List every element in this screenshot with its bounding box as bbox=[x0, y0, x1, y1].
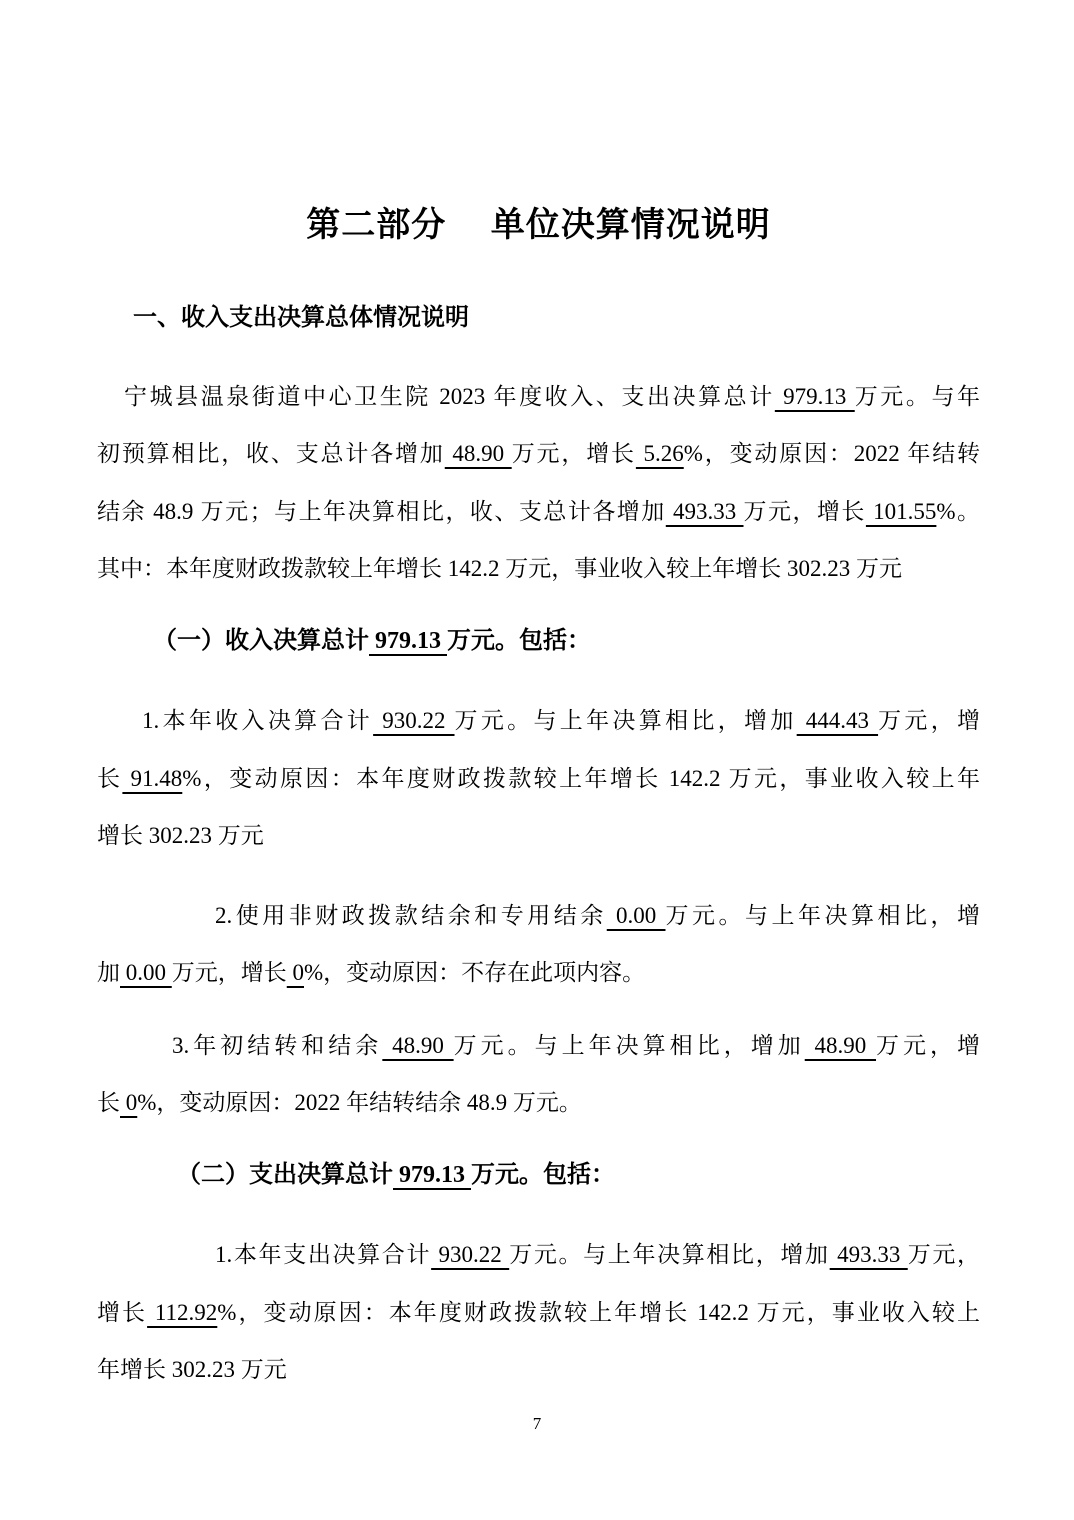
paragraph-line: 其中：本年度财政拨款较上年增长 142.2 万元，事业收入较上年增长 302.2… bbox=[97, 540, 980, 598]
text-run: %，变动原因：本年度财政拨款较上年增长 142.2 万元，事业收入较上 bbox=[217, 1300, 980, 1325]
text-run: 万元。与年 bbox=[855, 384, 980, 409]
text-run: 第二部分 单位决算情况说明 bbox=[306, 207, 771, 244]
text-run: 万元。与上年决算相比，增加 bbox=[454, 1033, 805, 1058]
paragraph-line: 年增长 302.23 万元 bbox=[97, 1341, 980, 1399]
text-run: 万元。包括： bbox=[471, 1162, 615, 1188]
text-run: 一、收入支出决算总体情况说明 bbox=[133, 305, 469, 331]
text-run: 万元。与上年决算相比，增加 bbox=[455, 708, 797, 733]
text-run: 万元。与上年决算相比，增加 bbox=[509, 1242, 829, 1267]
paragraph-line: 结余 48.9 万元；与上年决算相比，收、支总计各增加 493.33 万元，增长… bbox=[97, 483, 980, 541]
underlined-value: 48.90 bbox=[382, 1033, 453, 1058]
underlined-value: 493.33 bbox=[666, 499, 744, 524]
paragraph-line: 长 0%，变动原因：2022 年结转结余 48.9 万元。 bbox=[97, 1074, 980, 1132]
text-run: 宁城县温泉街道中心卫生院 2023 年度收入、支出决算总计 bbox=[124, 384, 775, 409]
text-run: 万元。包括： bbox=[447, 628, 591, 654]
page-number: 7 bbox=[0, 1412, 1074, 1436]
paragraph-line: 增长 302.23 万元 bbox=[97, 807, 980, 865]
paragraph-line: 1.本年收入决算合计 930.22 万元。与上年决算相比，增加 444.43 万… bbox=[97, 692, 980, 750]
text-run: %，变动原因：2022 年结转 bbox=[684, 441, 980, 466]
text-run: 结余 48.9 万元；与上年决算相比，收、支总计各增加 bbox=[97, 499, 666, 524]
text-run: （二）支出决算总计 bbox=[177, 1162, 393, 1188]
text-run: 万元，增长 bbox=[172, 960, 287, 985]
underlined-value: 930.22 bbox=[373, 708, 454, 733]
underlined-value: 48.90 bbox=[805, 1033, 876, 1058]
subsection-heading: （一）收入决算总计 979.13 万元。包括： bbox=[97, 613, 980, 671]
document-body: 第二部分 单位决算情况说明一、收入支出决算总体情况说明宁城县温泉街道中心卫生院 … bbox=[0, 196, 1074, 1399]
underlined-value: 0.00 bbox=[120, 960, 172, 985]
paragraph-line: 宁城县温泉街道中心卫生院 2023 年度收入、支出决算总计 979.13 万元。… bbox=[97, 368, 980, 426]
underlined-value: 48.90 bbox=[445, 441, 512, 466]
underlined-value: 979.13 bbox=[369, 628, 447, 654]
text-run: 万元。与上年决算相比，增 bbox=[666, 903, 981, 928]
text-run: 2.使用非财政拨款结余和专用结余 bbox=[215, 903, 607, 928]
underlined-value: 101.55 bbox=[866, 499, 936, 524]
underlined-value: 0.00 bbox=[607, 903, 666, 928]
underlined-value: 5.26 bbox=[636, 441, 684, 466]
paragraph-line: 加 0.00 万元，增长 0%，变动原因：不存在此项内容。 bbox=[97, 944, 980, 1002]
underlined-value: 0 bbox=[287, 960, 304, 985]
text-run: %。 bbox=[936, 499, 980, 524]
text-run: %，变动原因：2022 年结转结余 48.9 万元。 bbox=[137, 1090, 582, 1115]
text-run: 3.年初结转和结余 bbox=[172, 1033, 382, 1058]
text-run: 长 bbox=[97, 1090, 120, 1115]
paragraph-line: 2.使用非财政拨款结余和专用结余 0.00 万元。与上年决算相比，增 bbox=[97, 887, 980, 945]
text-run: %，变动原因：不存在此项内容。 bbox=[304, 960, 645, 985]
text-run: 1.本年支出决算合计 bbox=[215, 1242, 431, 1267]
text-run: 1.本年收入决算合计 bbox=[142, 708, 373, 733]
paragraph-line: 长 91.48%，变动原因：本年度财政拨款较上年增长 142.2 万元，事业收入… bbox=[97, 750, 980, 808]
text-run: %，变动原因：本年度财政拨款较上年增长 142.2 万元，事业收入较上年 bbox=[182, 766, 980, 791]
text-run: 万元，增 bbox=[876, 1033, 980, 1058]
text-run: （一）收入决算总计 bbox=[153, 628, 369, 654]
underlined-value: 930.22 bbox=[431, 1242, 509, 1267]
underlined-value: 979.13 bbox=[393, 1162, 471, 1188]
text-run: 增长 bbox=[97, 1300, 147, 1325]
text-run: 年增长 302.23 万元 bbox=[97, 1357, 287, 1382]
paragraph-line: 3.年初结转和结余 48.90 万元。与上年决算相比，增加 48.90 万元，增 bbox=[97, 1017, 980, 1075]
paragraph-line: 1.本年支出决算合计 930.22 万元。与上年决算相比，增加 493.33 万… bbox=[97, 1226, 980, 1284]
text-run: 万元，增长 bbox=[744, 499, 866, 524]
underlined-value: 91.48 bbox=[122, 766, 182, 791]
paragraph-line: 增长 112.92%，变动原因：本年度财政拨款较上年增长 142.2 万元，事业… bbox=[97, 1284, 980, 1342]
underlined-value: 112.92 bbox=[147, 1300, 217, 1325]
text-run: 增长 302.23 万元 bbox=[97, 823, 264, 848]
document-page: 第二部分 单位决算情况说明一、收入支出决算总体情况说明宁城县温泉街道中心卫生院 … bbox=[0, 0, 1074, 1520]
text-run: 长 bbox=[97, 766, 122, 791]
text-run: 加 bbox=[97, 960, 120, 985]
text-run: 初预算相比，收、支总计各增加 bbox=[97, 441, 445, 466]
underlined-value: 979.13 bbox=[775, 384, 855, 409]
text-run: 万元，增 bbox=[878, 708, 980, 733]
section-heading: 一、收入支出决算总体情况说明 bbox=[97, 290, 980, 348]
underlined-value: 0 bbox=[120, 1090, 137, 1115]
text-run: 万元， bbox=[908, 1242, 980, 1267]
text-run: 其中：本年度财政拨款较上年增长 142.2 万元，事业收入较上年增长 302.2… bbox=[97, 556, 902, 581]
text-run: 万元，增长 bbox=[512, 441, 636, 466]
paragraph-line: 初预算相比，收、支总计各增加 48.90 万元，增长 5.26%，变动原因：20… bbox=[97, 425, 980, 483]
underlined-value: 493.33 bbox=[830, 1242, 908, 1267]
underlined-value: 444.43 bbox=[797, 708, 878, 733]
document-title: 第二部分 单位决算情况说明 bbox=[97, 196, 980, 256]
subsection-heading: （二）支出决算总计 979.13 万元。包括： bbox=[97, 1147, 980, 1205]
